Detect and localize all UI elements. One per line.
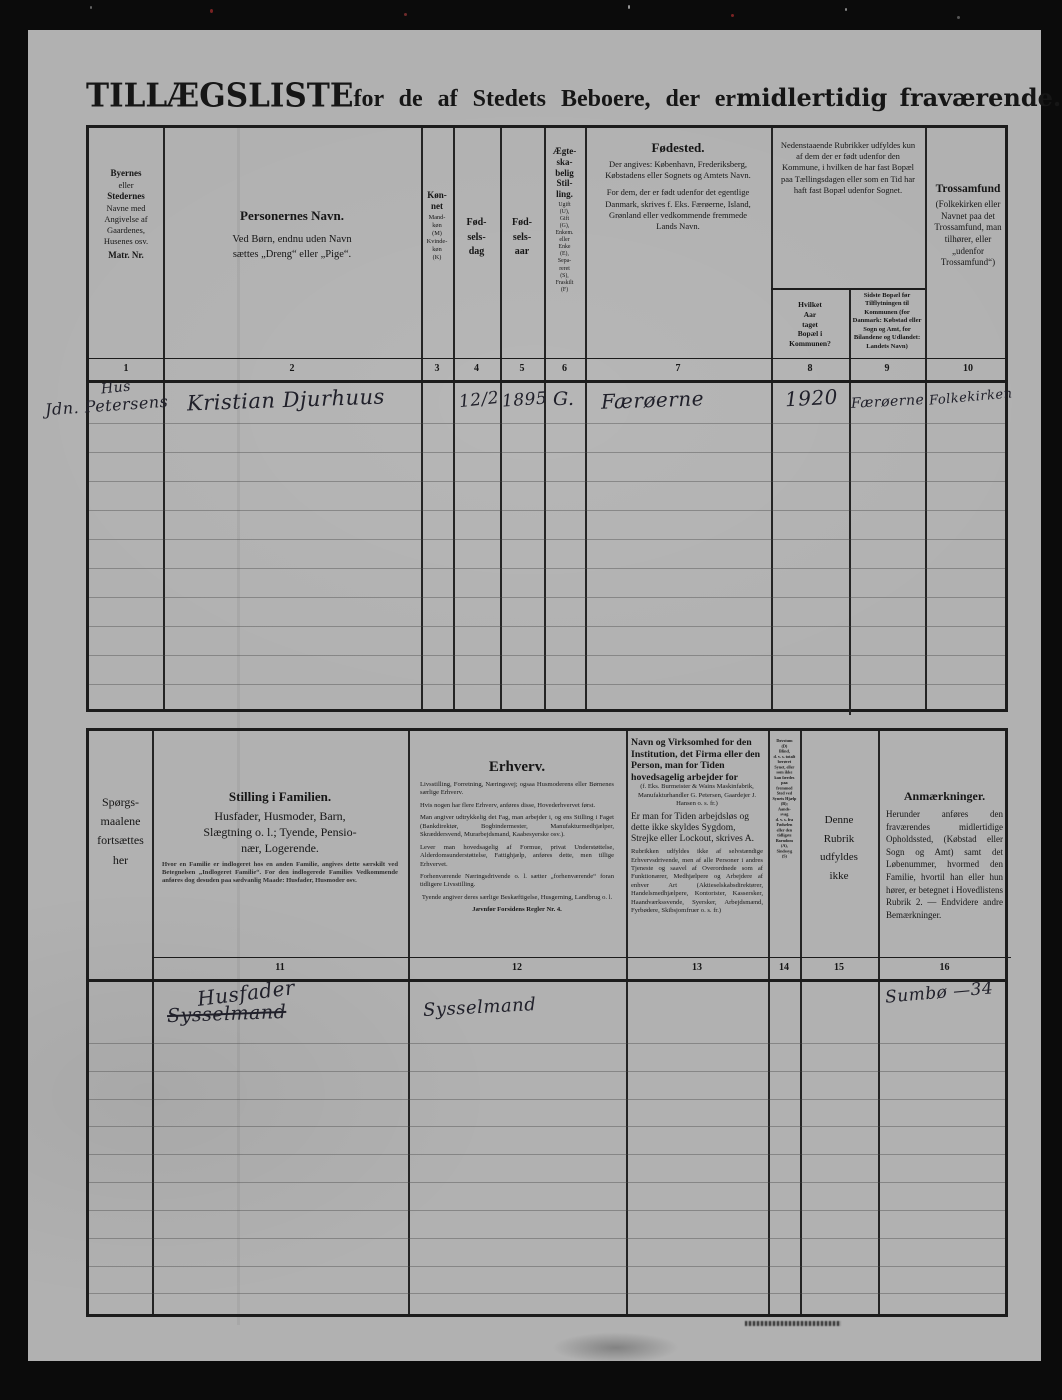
table2-row-line bbox=[89, 1126, 1005, 1127]
col1-header-bold: Matr. Nr. bbox=[89, 250, 163, 262]
col13-header: Navn og Virksomhed for den Institution, … bbox=[626, 737, 768, 957]
col8-subheader-text: Hvilket Aar taget Bopæl i Kommunen? bbox=[771, 300, 849, 349]
col5-header: Fød- sels- aar bbox=[500, 216, 544, 358]
col7-number: 7 bbox=[585, 363, 771, 374]
entry-year-moved-handwritten: 1920 bbox=[784, 385, 838, 412]
col10-header-text: (Folkekirken eller Navnet paa det Trossa… bbox=[929, 199, 1007, 269]
col6-header-text: Ugift (U), Gift (G), Enkem. eller Enke (… bbox=[544, 202, 585, 294]
entry-occupation-handwritten: Sysselmand bbox=[423, 994, 537, 1021]
table1-row-line bbox=[89, 684, 1005, 685]
col16-header-text: Herunder anføres den fraværendes midlert… bbox=[886, 808, 1003, 921]
col12-header-fineprint: Man angiver udtrykkelig det Fag, man arb… bbox=[420, 814, 614, 839]
col12-header: Erhverv. Livsstilling, Forretning, Nærin… bbox=[408, 759, 626, 957]
printer-imprint bbox=[745, 1321, 841, 1326]
col3-header-title: Køn- net bbox=[421, 190, 453, 212]
col2-number: 2 bbox=[163, 363, 421, 374]
entry-marital-handwritten: G. bbox=[553, 388, 575, 410]
col9-number: 9 bbox=[849, 363, 925, 374]
col5-number: 5 bbox=[500, 363, 544, 374]
col12-header-fineprint: Tyende angiver deres særlige Beskæftigel… bbox=[420, 894, 614, 902]
scan-speck bbox=[210, 9, 213, 13]
page-title-word-1: TILLÆGSLISTE bbox=[86, 77, 353, 115]
col11-header-title: Stilling i Familien. bbox=[162, 789, 398, 805]
col11-header-fineprint: Hvor en Familie er indlogeret hos en and… bbox=[162, 861, 398, 886]
table2-row-line bbox=[89, 1266, 1005, 1267]
entry-place-sup-handwritten: Hus bbox=[100, 378, 131, 397]
col14-number: 14 bbox=[768, 962, 800, 973]
col12-header-fineprint: Hvis nogen har flere Erhverv, anføres di… bbox=[420, 802, 614, 810]
page-title: TILLÆGSLISTE for de af Stedets Beboere, … bbox=[86, 78, 1011, 114]
col5-header-title: Fød- sels- aar bbox=[500, 216, 544, 260]
col6-header-title: Ægte- ska- belig Stil- ling. bbox=[544, 146, 585, 200]
col6-number: 6 bbox=[544, 363, 585, 374]
col15-header-text: Denne Rubrik udfyldes ikke bbox=[800, 811, 878, 886]
table2-row-line bbox=[89, 1182, 1005, 1183]
page-title-word-3: midlertidig fraværende. bbox=[736, 83, 1061, 112]
table1-row-line bbox=[89, 568, 1005, 569]
scan-speck bbox=[731, 14, 734, 17]
table-persons-lower: Spørgs- maalene fortsættes her Stilling … bbox=[86, 728, 1008, 1317]
col1-header-text: eller bbox=[89, 180, 163, 191]
entry-remark-handwritten: Sumbø —34 bbox=[884, 978, 994, 1007]
col13-header-fineprint: Rubrikken udfyldes ikke af selvstændige … bbox=[631, 848, 763, 916]
table2-row-line bbox=[89, 1099, 1005, 1100]
col3-header-text: Mand- køn (M) Kvinde- køn (K) bbox=[421, 214, 453, 263]
table1-row-line bbox=[89, 597, 1005, 598]
col11-header-text: Husfader, Husmoder, Barn, Slægtning o. l… bbox=[162, 808, 398, 857]
side-label: Spørgs- maalene fortsættes her bbox=[89, 793, 152, 957]
col13-header-text: Er man for Tiden arbejdsløs og dette ikk… bbox=[631, 812, 763, 846]
entry-birthyear-handwritten: 1895 bbox=[501, 388, 548, 411]
col10-header: Trossamfund (Folkekirken eller Navnet pa… bbox=[925, 183, 1011, 358]
col7-header-title: Fødested. bbox=[599, 140, 757, 156]
entry-birthplace-handwritten: Færøerne bbox=[601, 386, 705, 414]
scan-speck bbox=[957, 16, 960, 19]
table1-rule bbox=[771, 288, 925, 290]
col8-subheader: Hvilket Aar taget Bopæl i Kommunen? bbox=[771, 300, 849, 358]
col4-header: Fød- sels- dag bbox=[453, 216, 500, 358]
col3-number: 3 bbox=[421, 363, 453, 374]
col7-header: Fødested. Der angives: København, Freder… bbox=[585, 140, 771, 358]
scan-speck bbox=[90, 6, 92, 9]
side-label-text: Spørgs- maalene fortsættes her bbox=[89, 793, 152, 870]
col16-header-title: Anmærkninger. bbox=[886, 789, 1003, 804]
scan-speck bbox=[404, 13, 407, 16]
col12-header-fineprint: Forhenværende Næringsdrivende o. l. sætt… bbox=[420, 873, 614, 890]
col14-header-text: Døvstum (D) Blind, d. v. s. totalt berøv… bbox=[768, 739, 799, 860]
col13-header-fineprint: (f. Eks. Burmeister & Wains Maskinfabrik… bbox=[631, 783, 763, 808]
col10-header-title: Trossamfund bbox=[929, 183, 1007, 195]
table1-row-line bbox=[89, 539, 1005, 540]
col8-9-header-text: Nedenstaaende Rubrikker udfyldes kun af … bbox=[777, 140, 919, 196]
table-persons-upper: Byernes eller Stedernes Navne med Angive… bbox=[86, 125, 1008, 712]
page-title-word-2: for de af Stedets Beboere, der er bbox=[353, 86, 736, 113]
col10-number: 10 bbox=[925, 363, 1011, 374]
col8-number: 8 bbox=[771, 363, 849, 374]
table1-row-line bbox=[89, 481, 1005, 482]
col3-header: Køn- net Mand- køn (M) Kvinde- køn (K) bbox=[421, 190, 453, 358]
entry-faith-handwritten: Folkekirken bbox=[929, 386, 1014, 408]
col12-header-fineprint: Livsstilling, Forretning, Næringsvej; og… bbox=[420, 781, 614, 798]
table1-rule bbox=[89, 358, 1005, 359]
col8-9-header: Nedenstaaende Rubrikker udfyldes kun af … bbox=[771, 140, 925, 286]
table1-row-line bbox=[89, 423, 1005, 424]
col6-header: Ægte- ska- belig Stil- ling. Ugift (U), … bbox=[544, 146, 585, 358]
col2-header-title: Personernes Navn. bbox=[163, 208, 421, 224]
scan-speck bbox=[628, 5, 630, 9]
col14-header: Døvstum (D) Blind, d. v. s. totalt berøv… bbox=[768, 739, 800, 957]
table2-row-line bbox=[89, 1071, 1005, 1072]
col1-header-text: Navne med Angivelse af Gaardenes, Husene… bbox=[89, 203, 163, 248]
col7-header-text: For dem, der er født udenfor det egentli… bbox=[599, 187, 757, 232]
table1-row-line bbox=[89, 655, 1005, 656]
col1-header-bold: Stedernes bbox=[89, 191, 163, 203]
col11-number: 11 bbox=[152, 962, 408, 973]
table1-row-line bbox=[89, 452, 1005, 453]
table2-row-line bbox=[89, 1293, 1005, 1294]
table2-rule bbox=[89, 979, 1005, 982]
col11-header: Stilling i Familien. Husfader, Husmoder,… bbox=[152, 789, 408, 957]
col4-header-title: Fød- sels- dag bbox=[453, 216, 500, 260]
table2-row-line bbox=[89, 1238, 1005, 1239]
col13-header-title: Navn og Virksomhed for den Institution, … bbox=[631, 737, 763, 783]
col12-header-fineprint: Jævnfør Forsidens Regler Nr. 4. bbox=[420, 906, 614, 914]
table1-row-line bbox=[89, 510, 1005, 511]
col12-header-fineprint: Lever man hovedsagelig af Formue, privat… bbox=[420, 844, 614, 869]
col2-header-text: Ved Børn, endnu uden Navn sættes „Dreng“… bbox=[163, 232, 421, 262]
col1-header: Byernes eller Stedernes Navne med Angive… bbox=[89, 168, 163, 358]
scanned-census-page: TILLÆGSLISTE for de af Stedets Beboere, … bbox=[28, 30, 1041, 1361]
col12-header-title: Erhverv. bbox=[420, 759, 614, 776]
col16-number: 16 bbox=[878, 962, 1011, 973]
col16-header: Anmærkninger. Herunder anføres den fravæ… bbox=[878, 789, 1011, 957]
entry-last-residence-handwritten: Færøerne bbox=[851, 392, 925, 412]
table1-rule bbox=[89, 380, 1005, 383]
col12-number: 12 bbox=[408, 962, 626, 973]
col9-subheader-text: Sidste Bopæl før Tilflytningen til Kommu… bbox=[852, 292, 922, 351]
col13-number: 13 bbox=[626, 962, 768, 973]
table2-row-line bbox=[89, 1210, 1005, 1211]
col4-number: 4 bbox=[453, 363, 500, 374]
table2-row-line bbox=[89, 1043, 1005, 1044]
table2-row-line bbox=[89, 1154, 1005, 1155]
col15-header: Denne Rubrik udfyldes ikke bbox=[800, 811, 878, 957]
scan-speck bbox=[845, 8, 847, 11]
col2-header: Personernes Navn. Ved Børn, endnu uden N… bbox=[163, 208, 421, 358]
table1-row-line bbox=[89, 626, 1005, 627]
col7-header-text: Der angives: København, Frederiksberg, K… bbox=[599, 159, 757, 181]
col9-subheader: Sidste Bopæl før Tilflytningen til Kommu… bbox=[849, 292, 925, 358]
table2-rule bbox=[152, 957, 1011, 958]
entry-birthday-handwritten: 12/2 bbox=[458, 388, 500, 412]
entry-name-handwritten: Kristian Djurhuus bbox=[187, 385, 386, 416]
col1-header-bold: Byernes bbox=[89, 168, 163, 180]
col1-number: 1 bbox=[89, 363, 163, 374]
col15-number: 15 bbox=[800, 962, 878, 973]
